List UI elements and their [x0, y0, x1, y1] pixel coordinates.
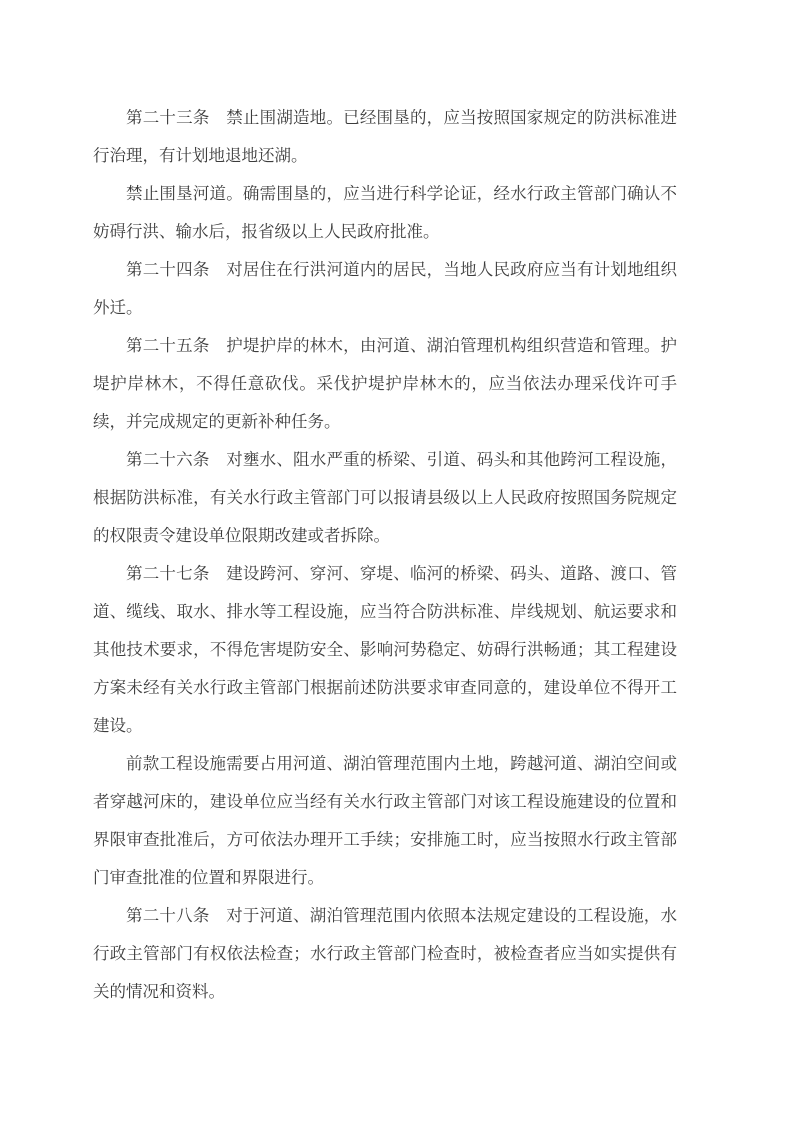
- document-page: 第二十三条 禁止围湖造地。已经围垦的，应当按照国家规定的防洪标准进行治理，有计划…: [0, 0, 793, 1122]
- article-23-paragraph-1: 第二十三条 禁止围湖造地。已经围垦的，应当按照国家规定的防洪标准进行治理，有计划…: [93, 99, 677, 175]
- article-27-paragraph-1: 第二十七条 建设跨河、穿河、穿堤、临河的桥梁、码头、道路、渡口、管道、缆线、取水…: [93, 555, 677, 745]
- article-28-paragraph: 第二十八条 对于河道、湖泊管理范围内依照本法规定建设的工程设施，水行政主管部门有…: [93, 897, 677, 1011]
- article-26-paragraph: 第二十六条 对壅水、阻水严重的桥梁、引道、码头和其他跨河工程设施，根据防洪标准，…: [93, 441, 677, 555]
- article-25-paragraph: 第二十五条 护堤护岸的林木，由河道、湖泊管理机构组织营造和管理。护堤护岸林木，不…: [93, 327, 677, 441]
- article-27-paragraph-2: 前款工程设施需要占用河道、湖泊管理范围内土地，跨越河道、湖泊空间或者穿越河床的，…: [93, 745, 677, 897]
- article-23-paragraph-2: 禁止围垦河道。确需围垦的，应当进行科学论证，经水行政主管部门确认不妨碍行洪、输水…: [93, 175, 677, 251]
- article-24-paragraph: 第二十四条 对居住在行洪河道内的居民，当地人民政府应当有计划地组织外迁。: [93, 251, 677, 327]
- document-body: 第二十三条 禁止围湖造地。已经围垦的，应当按照国家规定的防洪标准进行治理，有计划…: [93, 99, 677, 1011]
